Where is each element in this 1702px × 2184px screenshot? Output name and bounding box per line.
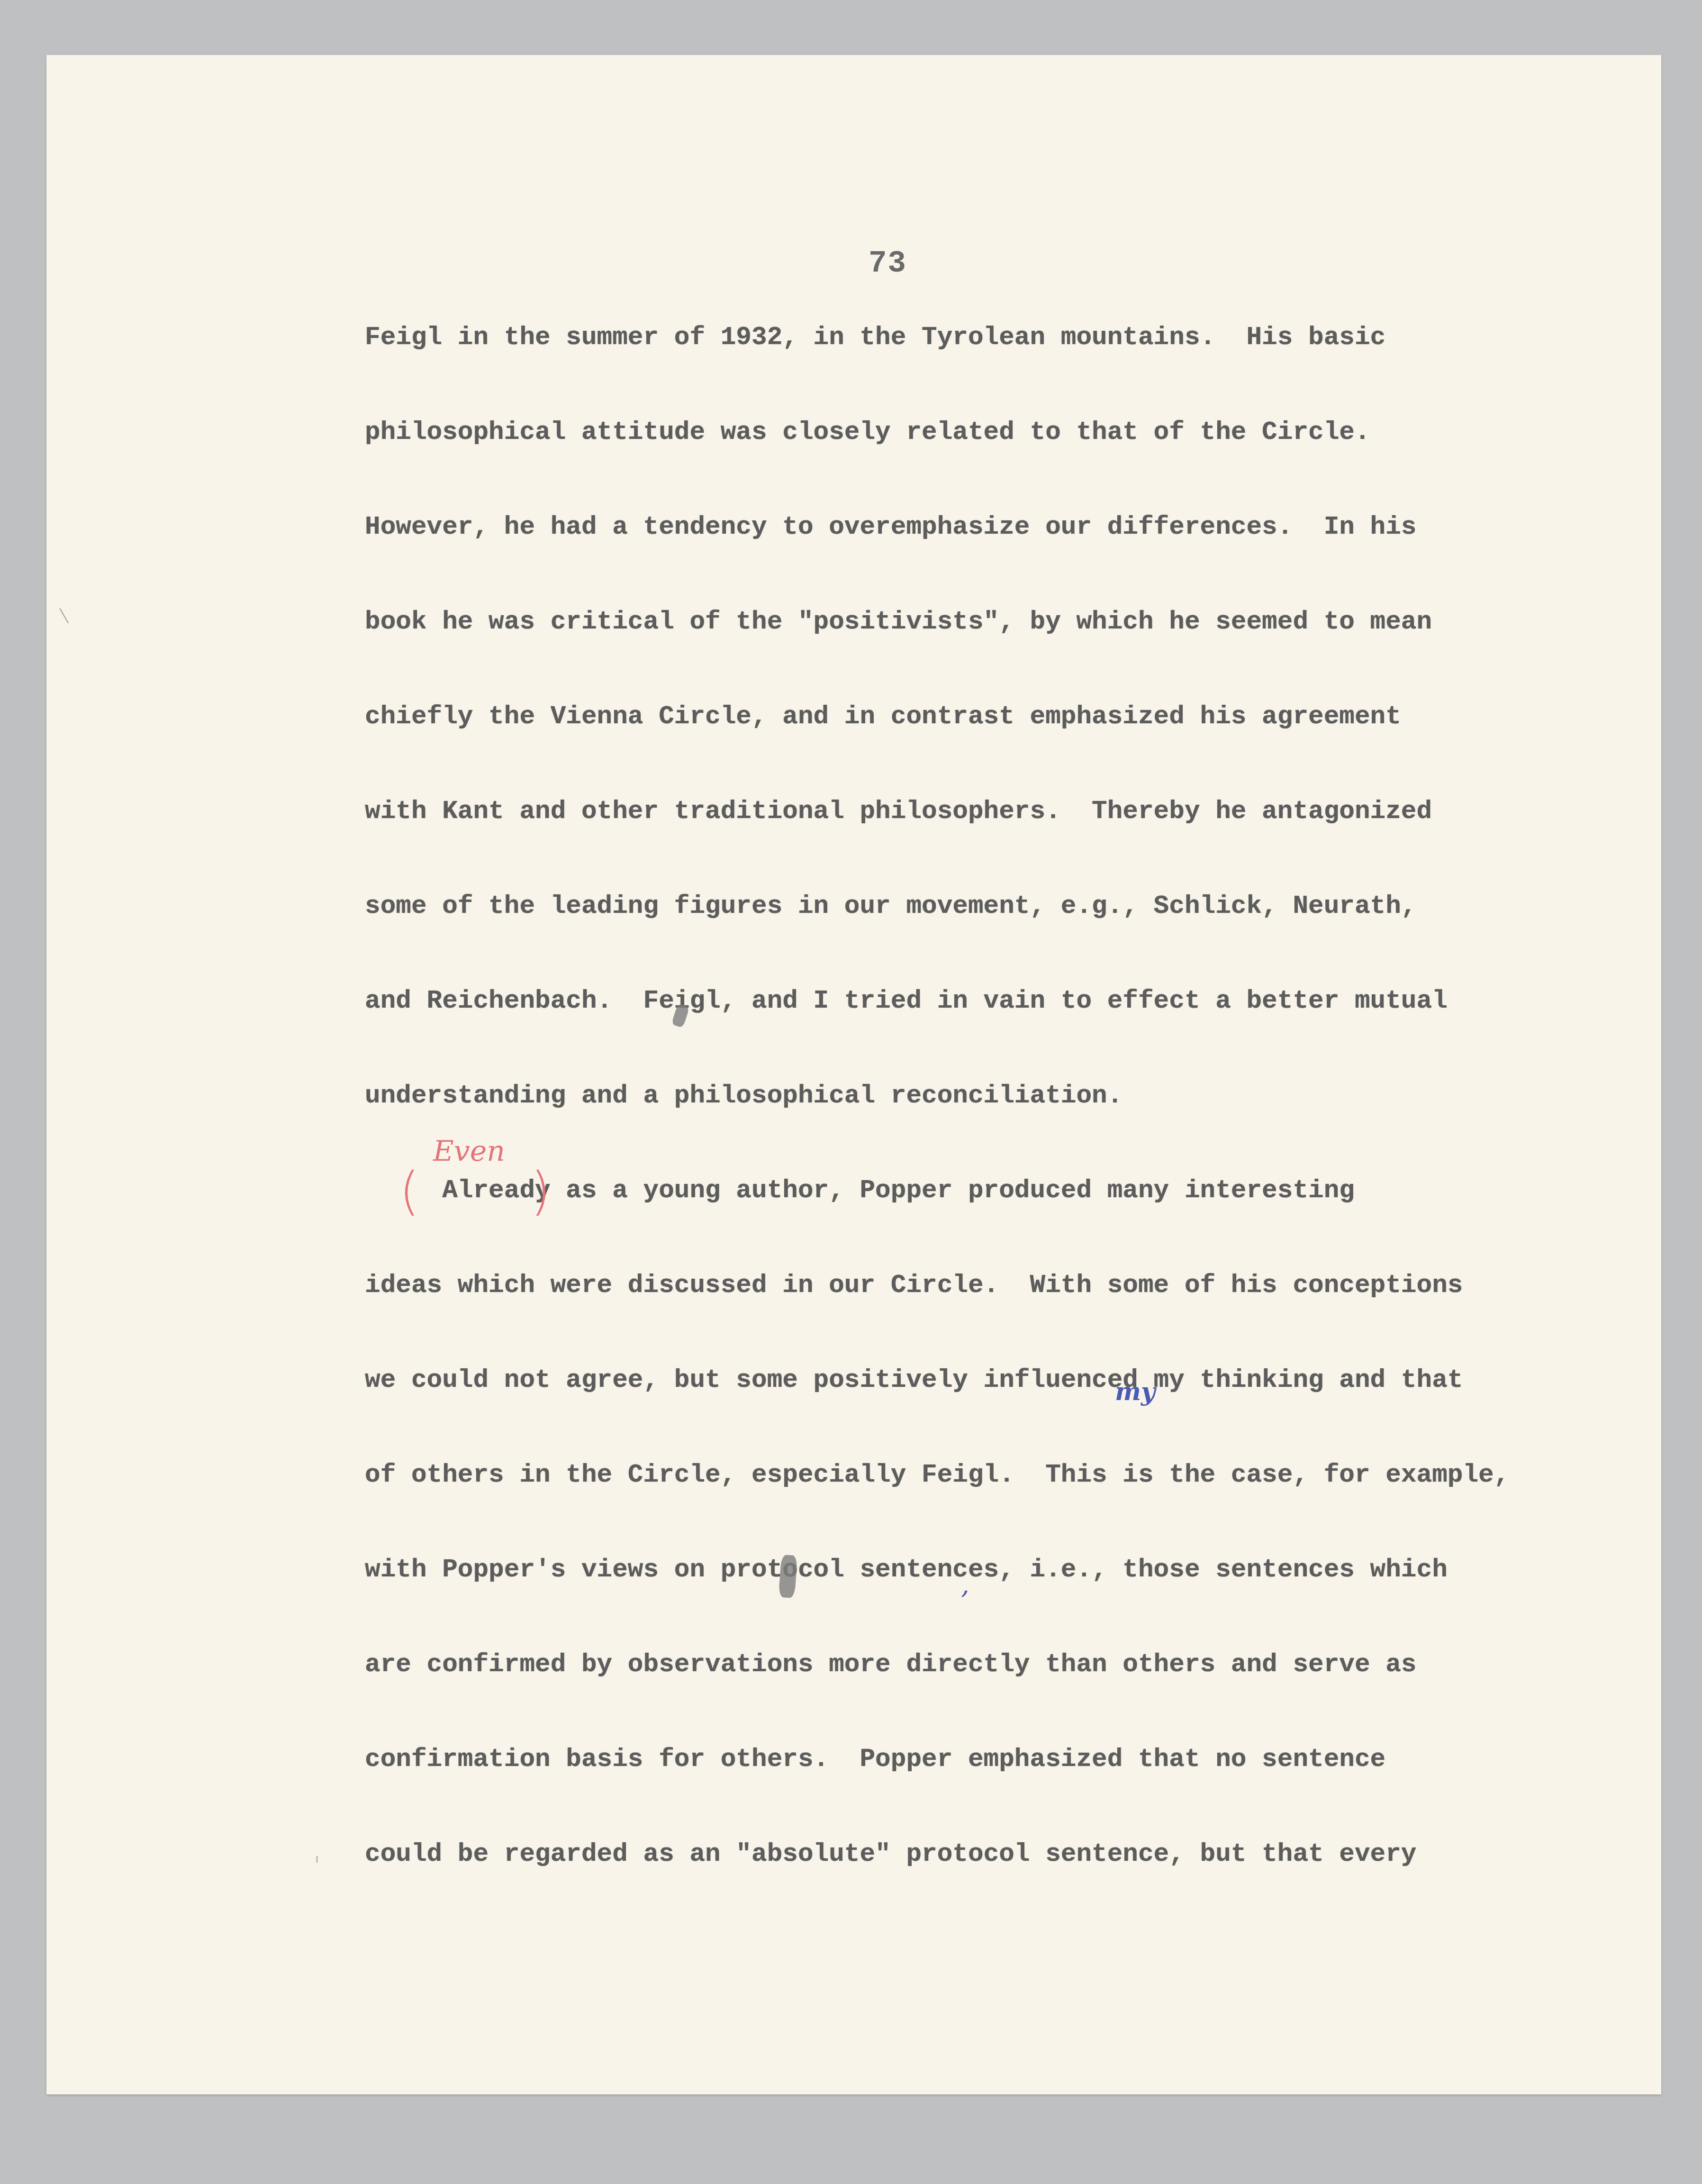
text-line: could be regarded as an "absolute" proto… [365, 1842, 1417, 1867]
handwritten-correction-my: my [1115, 1377, 1155, 1406]
typescript-page: 73 Feigl in the summer of 1932, in the T… [46, 55, 1661, 2094]
red-circle-left-paren: ( [399, 1166, 419, 1218]
strikeover-smudge [779, 1555, 797, 1598]
text-line: confirmation basis for others. Popper em… [365, 1747, 1385, 1773]
text-line: of others in the Circle, especially Feig… [365, 1463, 1509, 1488]
text-line: ideas which were discussed in our Circle… [365, 1273, 1463, 1299]
page-number: 73 [869, 247, 907, 281]
text-line: with Kant and other traditional philosop… [365, 799, 1432, 825]
text-line: book he was critical of the "positivists… [365, 610, 1432, 635]
text-line: However, he had a tendency to overemphas… [365, 515, 1417, 540]
text-line: Already as a young author, Popper produc… [365, 1178, 1355, 1204]
red-circle-right-paren: ) [531, 1166, 551, 1218]
paper-blemish [317, 1856, 317, 1863]
text-line: understanding and a philosophical reconc… [365, 1083, 1123, 1109]
text-line: we could not agree, but some positively … [365, 1368, 1463, 1393]
text-line: and Reichenbach. Feigl, and I tried in v… [365, 989, 1448, 1014]
text-line: Feigl in the summer of 1932, in the Tyro… [365, 325, 1385, 351]
handwritten-insertion-even: Even [433, 1135, 505, 1168]
text-line: with Popper's views on protocol sentence… [365, 1557, 1448, 1583]
text-line: are confirmed by observations more direc… [365, 1652, 1417, 1678]
text-line: chiefly the Vienna Circle, and in contra… [365, 704, 1401, 730]
text-line: philosophical attitude was closely relat… [365, 420, 1370, 446]
handwritten-comma: , [961, 1569, 969, 1600]
text-line: some of the leading figures in our movem… [365, 894, 1417, 919]
paper-blemish [59, 608, 69, 623]
